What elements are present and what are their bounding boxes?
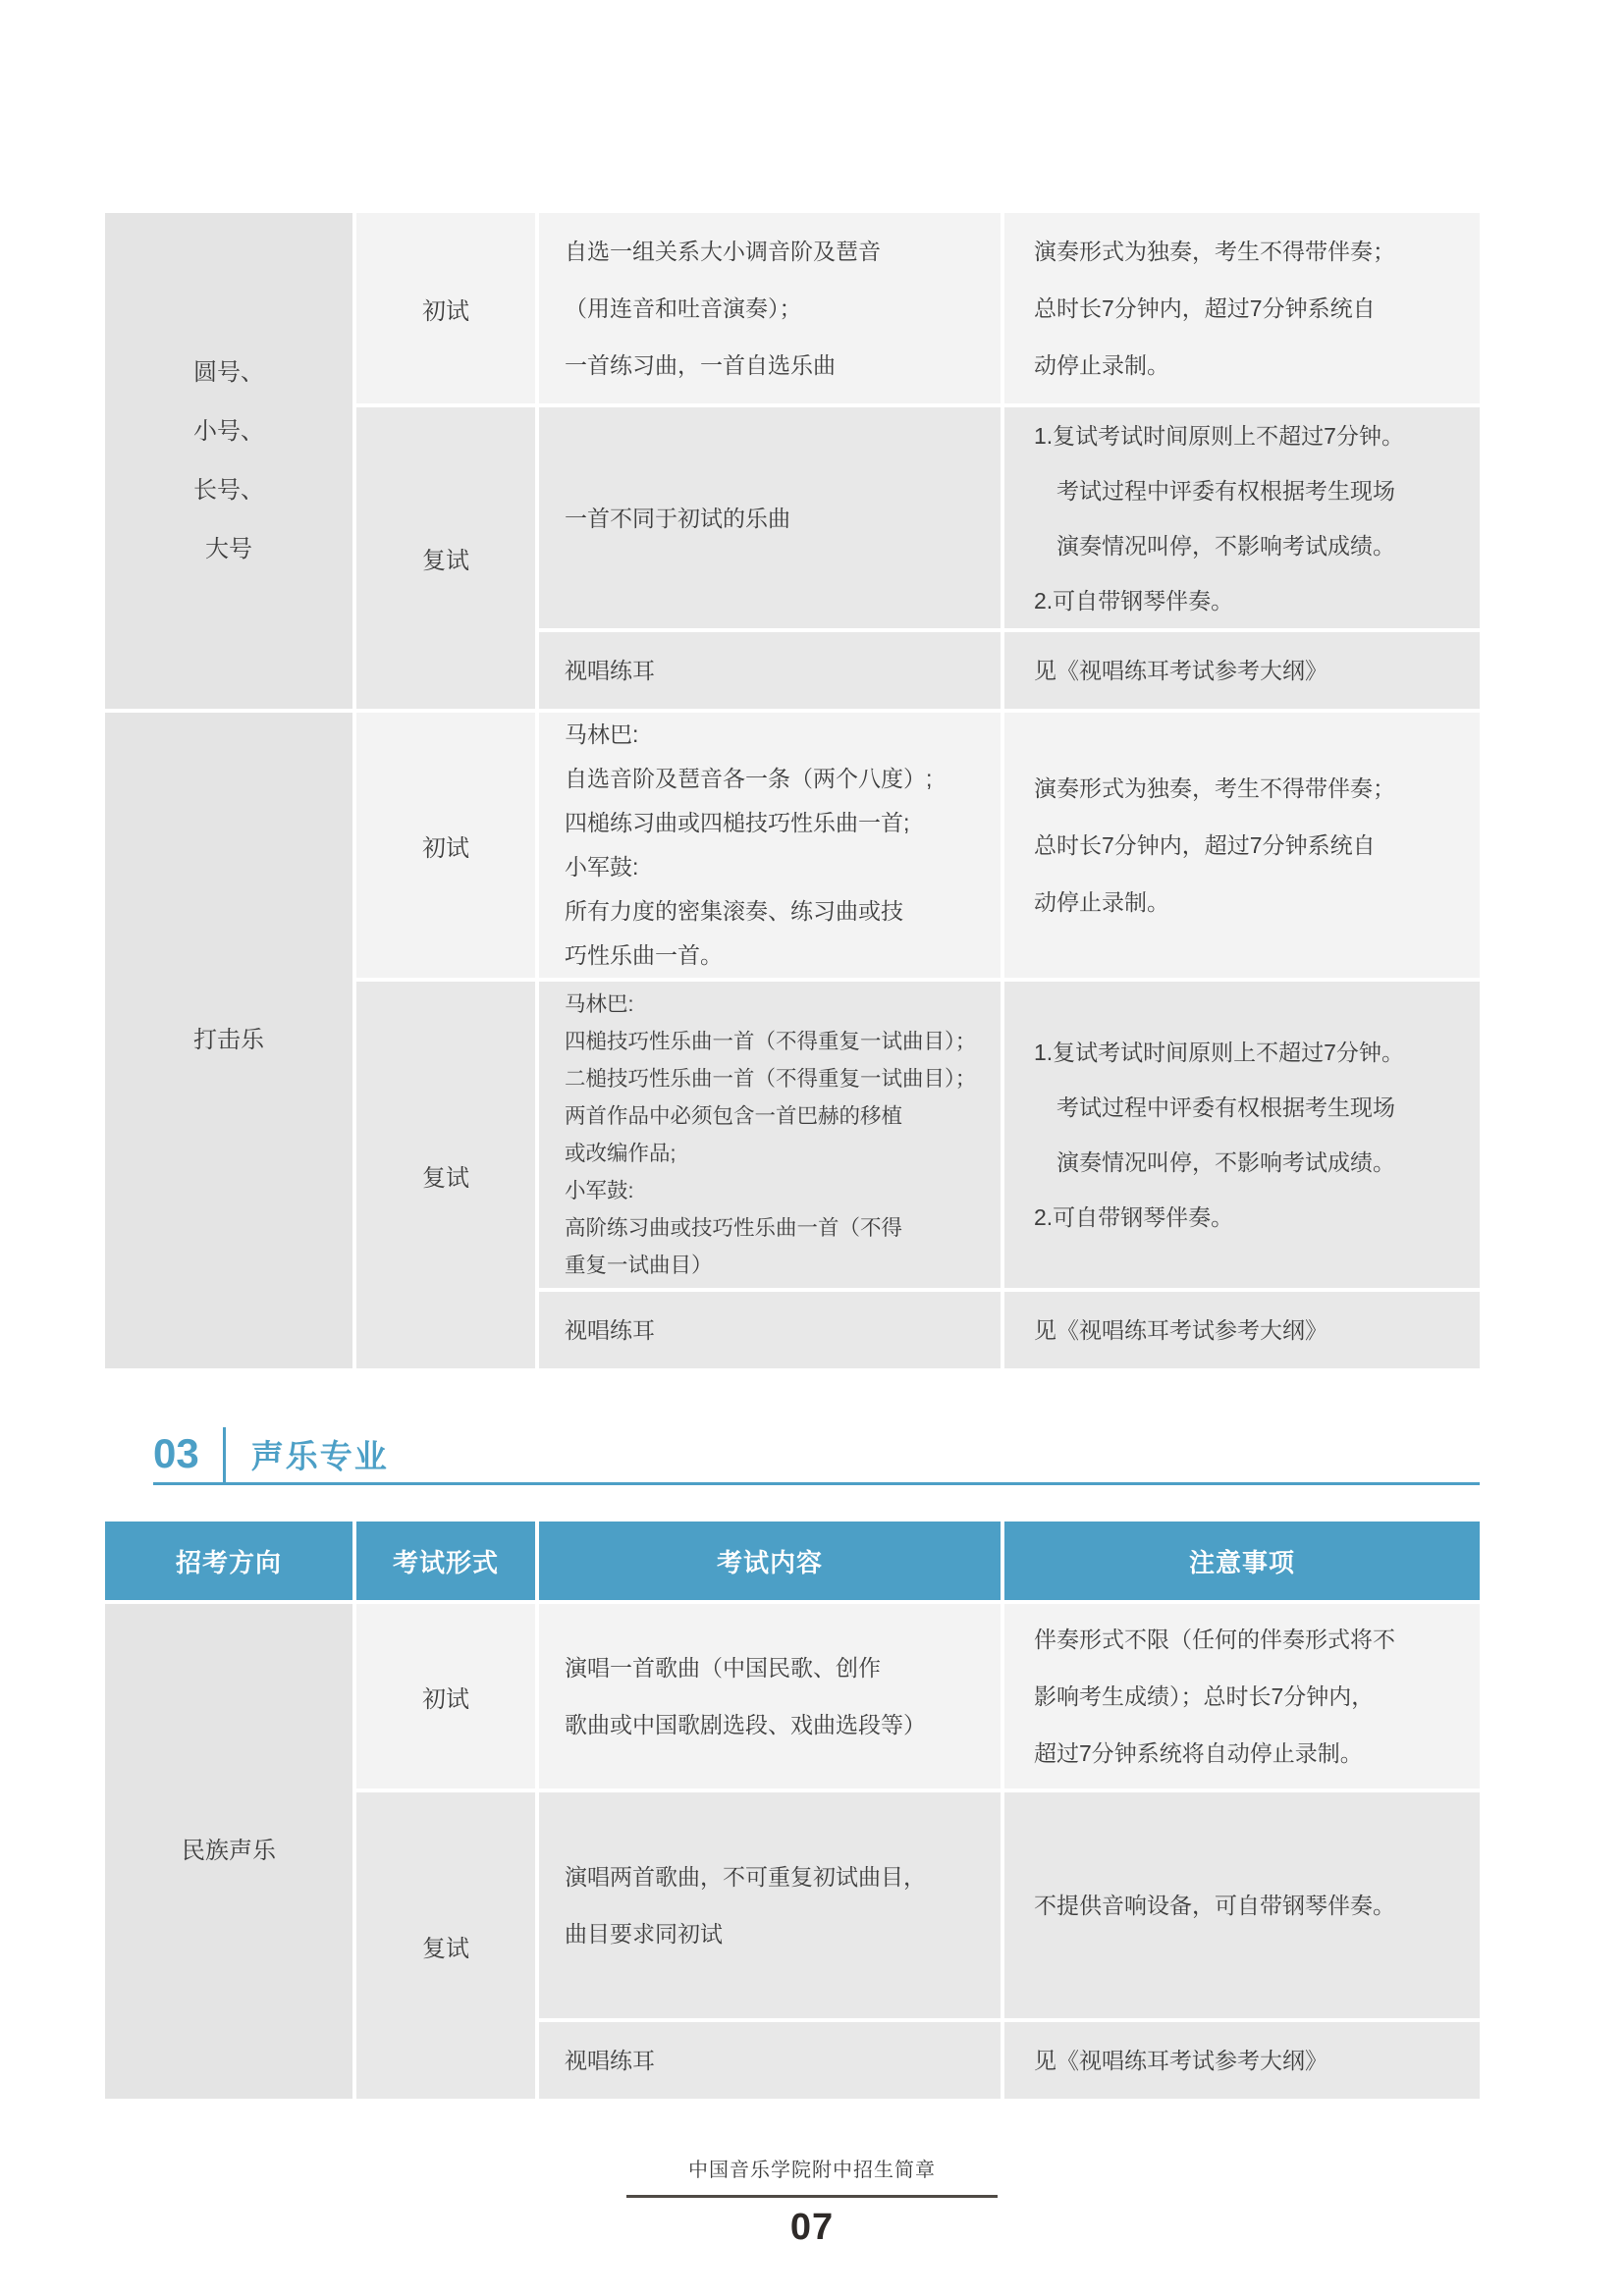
table-header-exam-content: 考试内容 — [539, 1522, 1001, 1600]
notes-cell-percussion-fushi: 1.复试考试时间原则上不超过7分钟。 考试过程中评委有权根据考生现场 演奏情况叫… — [1004, 982, 1480, 1288]
direction-cell-brass: 圆号、 小号、 长号、 大号 — [105, 213, 352, 709]
footer-divider — [626, 2195, 998, 2198]
exam-content-cell-percussion-solfege: 视唱练耳 — [539, 1292, 1001, 1368]
notes-cell-vocal-chushi: 伴奏形式不限（任何的伴奏形式将不 影响考生成绩）；总时长7分钟内， 超过7分钟系… — [1004, 1604, 1480, 1789]
exam-form-cell-brass-fushi: 复试 — [356, 407, 535, 709]
exam-content-cell-vocal-fushi: 演唱两首歌曲，不可重复初试曲目， 曲目要求同初试 — [539, 1792, 1001, 2018]
footer-title: 中国音乐学院附中招生简章 — [688, 2154, 936, 2182]
direction-cell-percussion: 打击乐 — [105, 713, 352, 1368]
exam-content-cell-brass-chushi: 自选一组关系大小调音阶及琶音 （用连音和吐音演奏）； 一首练习曲，一首自选乐曲 — [539, 213, 1001, 403]
section-title: 声乐专业 — [251, 1431, 389, 1477]
instrument-exam-table: 圆号、 小号、 长号、 大号 初试 自选一组关系大小调音阶及琶音 （用连音和吐音… — [105, 213, 1480, 1368]
notes-cell-vocal-solfege: 见《视唱练耳考试参考大纲》 — [1004, 2022, 1480, 2099]
notes-cell-brass-fushi: 1.复试考试时间原则上不超过7分钟。 考试过程中评委有权根据考生现场 演奏情况叫… — [1004, 407, 1480, 628]
exam-content-cell-brass-fushi: 一首不同于初试的乐曲 — [539, 407, 1001, 628]
exam-content-cell-percussion-chushi: 马林巴: 自选音阶及琶音各一条（两个八度）; 四槌练习曲或四槌技巧性乐曲一首; … — [539, 713, 1001, 978]
section-divider-bar — [223, 1427, 226, 1482]
brochure-page: 圆号、 小号、 长号、 大号 初试 自选一组关系大小调音阶及琶音 （用连音和吐音… — [0, 0, 1624, 2296]
exam-content-cell-vocal-solfege: 视唱练耳 — [539, 2022, 1001, 2099]
exam-form-cell-brass-chushi: 初试 — [356, 213, 535, 403]
page-number: 07 — [790, 2207, 834, 2249]
exam-form-cell-vocal-fushi: 复试 — [356, 1792, 535, 2099]
footer: 中国音乐学院附中招生简章 07 — [626, 2154, 998, 2249]
notes-cell-brass-chushi: 演奏形式为独奏，考生不得带伴奏； 总时长7分钟内，超过7分钟系统自 动停止录制。 — [1004, 213, 1480, 403]
exam-content-cell-vocal-chushi: 演唱一首歌曲（中国民歌、创作 歌曲或中国歌剧选段、戏曲选段等） — [539, 1604, 1001, 1789]
exam-form-cell-vocal-chushi: 初试 — [356, 1604, 535, 1789]
table-header-notes: 注意事项 — [1004, 1522, 1480, 1600]
exam-form-cell-percussion-chushi: 初试 — [356, 713, 535, 978]
direction-cell-folk-vocal: 民族声乐 — [105, 1604, 352, 2099]
notes-cell-brass-solfege: 见《视唱练耳考试参考大纲》 — [1004, 632, 1480, 709]
section-heading-vocal: 03 声乐专业 — [153, 1425, 1480, 1485]
notes-cell-percussion-solfege: 见《视唱练耳考试参考大纲》 — [1004, 1292, 1480, 1368]
exam-form-cell-percussion-fushi: 复试 — [356, 982, 535, 1368]
notes-cell-vocal-fushi: 不提供音响设备，可自带钢琴伴奏。 — [1004, 1792, 1480, 2018]
table-header-exam-form: 考试形式 — [356, 1522, 535, 1600]
vocal-exam-table: 招考方向 考试形式 考试内容 注意事项 民族声乐 初试 演唱一首歌曲（中国民歌、… — [105, 1522, 1480, 2099]
table-header-direction: 招考方向 — [105, 1522, 352, 1600]
notes-cell-percussion-chushi: 演奏形式为独奏，考生不得带伴奏； 总时长7分钟内，超过7分钟系统自 动停止录制。 — [1004, 713, 1480, 978]
section-number: 03 — [153, 1433, 199, 1474]
exam-content-cell-brass-solfege: 视唱练耳 — [539, 632, 1001, 709]
exam-content-cell-percussion-fushi: 马林巴: 四槌技巧性乐曲一首（不得重复一试曲目）； 二槌技巧性乐曲一首（不得重复… — [539, 982, 1001, 1288]
